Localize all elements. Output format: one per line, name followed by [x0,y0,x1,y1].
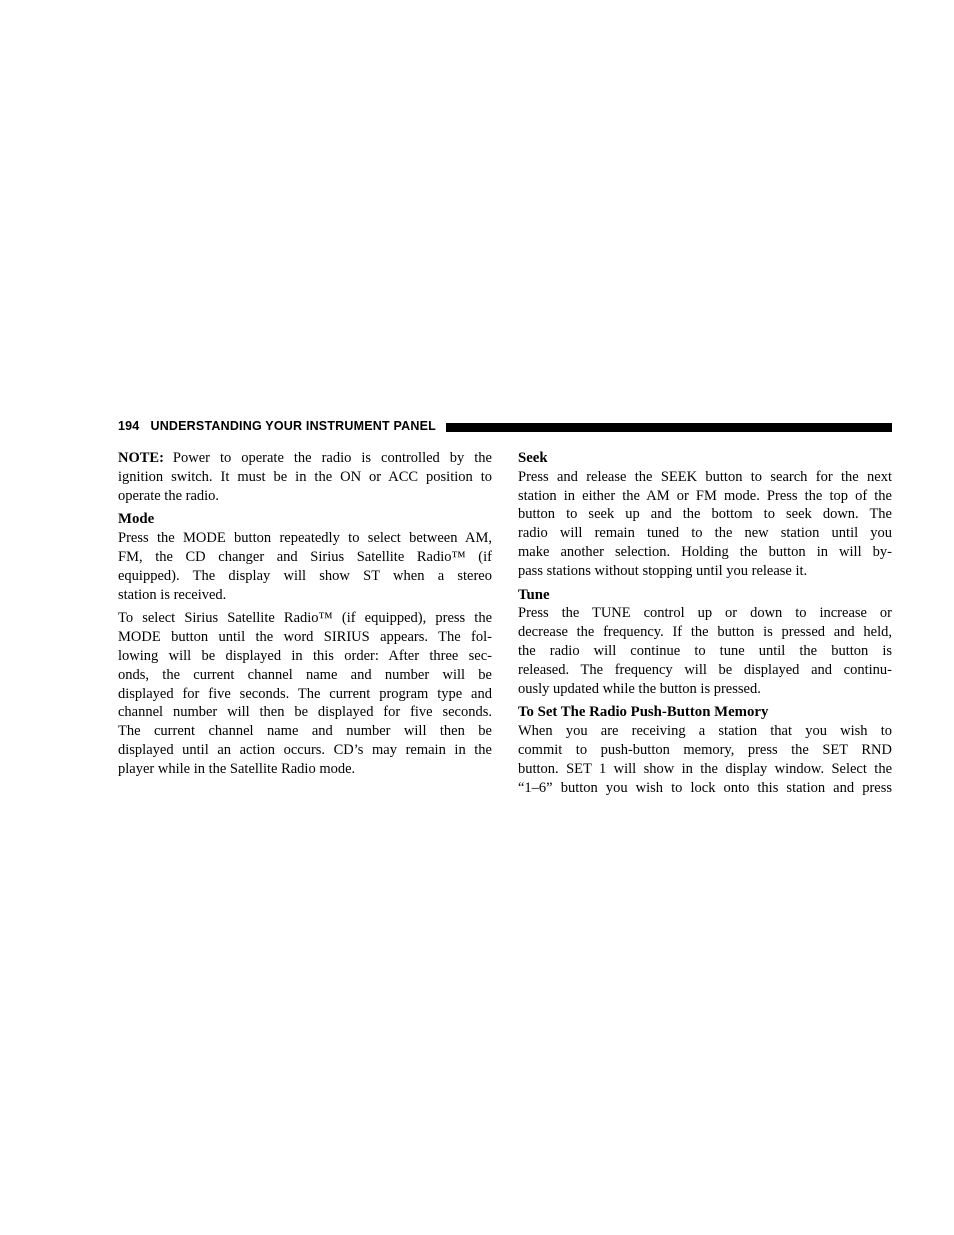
note-label: NOTE: [118,450,164,466]
page-number: 194 [118,419,139,434]
text-line: Press and release the SEEK button to sea… [518,468,892,487]
text-line: button. SET 1 will show in the display w… [518,760,892,779]
text-line: commit to push-button memory, press the … [518,741,892,760]
manual-page: 194 UNDERSTANDING YOUR INSTRUMENT PANEL … [0,0,954,1235]
note-paragraph: NOTE:Power to operate the radio is contr… [118,449,492,505]
text-line: station is received. [118,586,492,605]
header-title: UNDERSTANDING YOUR INSTRUMENT PANEL [150,419,435,434]
text-line: Press the MODE button repeatedly to sele… [118,529,492,548]
text-line: To select Sirius Satellite Radio™ (if eq… [118,609,492,628]
text-line: NOTE:Power to operate the radio is contr… [118,449,492,468]
right-column: Seek Press and release the SEEK button t… [518,449,892,802]
text-line: make another selection. Holding the butt… [518,543,892,562]
text-line: pass stations without stopping until you… [518,562,892,581]
text-line: displayed for five seconds. The current … [118,685,492,704]
section-heading-seek: Seek [518,449,892,468]
text-line: decrease the frequency. If the button is… [518,623,892,642]
text-line: operate the radio. [118,487,492,506]
text-line: displayed until an action occurs. CD’s m… [118,741,492,760]
preset-memory-paragraph: When you are receiving a station that yo… [518,722,892,797]
text-line: equipped). The display will show ST when… [118,567,492,586]
text-line: channel number will then be displayed fo… [118,703,492,722]
text-line: lowing will be displayed in this order: … [118,647,492,666]
text-line: player while in the Satellite Radio mode… [118,760,492,779]
left-column: NOTE:Power to operate the radio is contr… [118,449,492,802]
text-line: When you are receiving a station that yo… [518,722,892,741]
text-line: button to seek up and the bottom to seek… [518,505,892,524]
text-line: radio will remain tuned to the new stati… [518,524,892,543]
mode-paragraph-2: To select Sirius Satellite Radio™ (if eq… [118,609,492,778]
text-line: MODE button until the word SIRIUS appear… [118,628,492,647]
text-line: Press the TUNE control up or down to inc… [518,604,892,623]
running-header: 194 UNDERSTANDING YOUR INSTRUMENT PANEL [118,419,892,434]
text-line: ignition switch. It must be in the ON or… [118,468,492,487]
text-line: released. The frequency will be displaye… [518,661,892,680]
note-text: Power to operate the radio is controlled… [173,450,492,466]
header-rule-bar [446,423,892,432]
section-heading-mode: Mode [118,510,492,529]
tune-paragraph: Press the TUNE control up or down to inc… [518,604,892,698]
text-line: The current channel name and number will… [118,722,492,741]
text-line: station in either the AM or FM mode. Pre… [518,487,892,506]
mode-paragraph-1: Press the MODE button repeatedly to sele… [118,529,492,604]
two-column-layout: NOTE:Power to operate the radio is contr… [118,449,892,802]
text-line: FM, the CD changer and Sirius Satellite … [118,548,492,567]
text-line: the radio will continue to tune until th… [518,642,892,661]
section-heading-tune: Tune [518,586,892,605]
page-content: 194 UNDERSTANDING YOUR INSTRUMENT PANEL … [118,419,892,802]
seek-paragraph: Press and release the SEEK button to sea… [518,468,892,581]
text-line: “1–6” button you wish to lock onto this … [518,779,892,798]
text-line: onds, the current channel name and numbe… [118,666,492,685]
text-line: ously updated while the button is presse… [518,680,892,699]
section-heading-preset-memory: To Set The Radio Push-Button Memory [518,703,892,722]
